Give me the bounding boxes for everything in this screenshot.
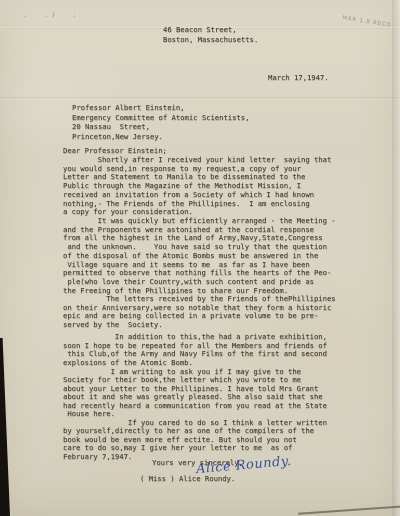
typed-signature-name: ( Miss ) Alice Roundy. [140,475,235,484]
paper-right-edge [392,0,400,516]
scanned-letter-page: . ./ : MAR 1 8 RECD 46 Beacon Street, Bo… [0,0,400,516]
recipient-address: Professor Albert Einstein, Emergency Com… [72,103,249,142]
paper-crease-upper [0,97,400,98]
paragraph-2: It was quickly but efficiently arranged … [63,217,336,295]
paragraph-4: In addition to this,the had a private ex… [63,333,327,368]
sender-address: 46 Beacon Street, Boston, Massachusetts. [163,25,258,44]
paragraph-5: I am writing to ask you if I may give to… [63,368,327,418]
pencil-marks: . ./ : [24,11,81,19]
paragraph-1: Shortly after I received your kind lette… [63,156,331,217]
paragraph-3: The letters received by the Friends of t… [63,295,336,330]
date-line: March 17,1947. [268,74,329,83]
